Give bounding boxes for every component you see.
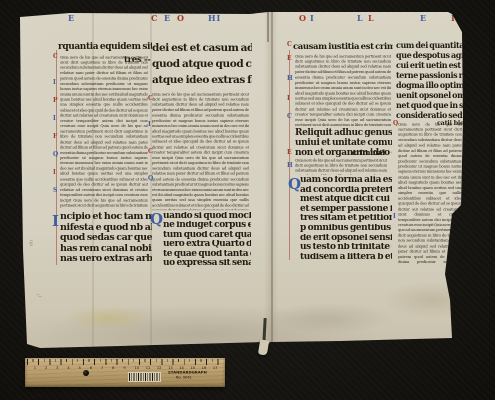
large-script-line: ncipio et hoc tam ma [60,212,152,223]
ruler-label: STANDARDGRAPH No. 9061 [168,370,234,379]
header-letter: I [310,13,315,23]
header-letter: L [368,13,375,23]
ruler-number: 1 [34,366,36,370]
top-seam [267,12,269,42]
large-script-line: dei est et casum ad alt [152,40,252,56]
large-script-line: uo expressa sit senatur [163,259,251,268]
large-script-line: uniui et unitate comune [295,138,392,148]
large-script-block: rquantia equidem situit [58,42,152,53]
large-script-line: nas uero extras arbitra [60,254,152,265]
header-letter: L [357,13,364,23]
large-script-line: uero extra Quarto de [163,240,251,249]
ruler-hanging-hole [83,370,89,376]
large-script-line: dogma illo optima [396,80,464,90]
gutter-fold-line [271,12,273,343]
large-script-line: ad concordia prefert caus [300,186,392,196]
initial-letter: P [53,98,58,104]
initial-letter: C [287,42,292,48]
ruler-number: 7 [101,366,103,370]
large-script-line: net quod que in subuel [396,100,464,110]
gloss-text-block: Quia uero de his que ad sacramentum pert… [152,92,249,210]
initial-letter: S [53,188,57,194]
header-letter: E [420,13,427,23]
large-script-line: uenit opsonel omnes [396,90,464,100]
header-letter: O [299,13,307,23]
initial-letter: I [393,214,396,220]
large-script-line: et semper passione incla [300,205,392,215]
large-script-block: uam so forma alia estad concordia prefer… [300,176,392,262]
gloss-text-block: Quia uero de his que ad sacramentum pert… [295,54,391,126]
large-script-line: que despotus agnoscet [396,50,464,60]
header-letter: II [451,13,460,23]
large-script-word: criminal [352,148,385,157]
ruler-number: 5 [79,366,81,370]
initial-letter: I [53,80,56,86]
header-letter: E [164,13,171,23]
large-script-line: Reliquit adhuc genus [295,128,392,138]
header-letter: HI [208,13,221,23]
initial-letter: E [287,56,292,62]
gloss-text-block: Quia uero de his que ad sacramentum pert… [60,55,148,208]
large-script-block: ncipio et hoc tam manifesta e quod nb al… [60,212,152,265]
initial-letter: Q [53,152,58,158]
header-letter: O [177,13,185,23]
margin-annotation: ııȷı [28,240,34,246]
large-script-line: us testo nb trinitate que [300,243,392,253]
ruler-number: 11 [146,366,151,370]
large-script-line: tres sitam et petitionem [300,214,392,224]
gloss-text-block: Quia uero de his que ad sacramentum pert… [398,122,462,265]
initial-letter: I [148,122,151,128]
measuring-ruler: 1234567891011121314151617 STANDARDGRAPH … [25,358,225,387]
ruler-barcode [128,372,161,382]
large-script-line: de erit opsonel sensibi [300,234,392,244]
large-script-line: quod atque quod canal [152,56,252,72]
large-script-line: nifesta e quod nb alias q̄ [60,223,152,234]
large-script-line: te quae quod tanta est [163,250,251,259]
large-script-line: mest atque dicit cui [300,195,392,205]
ruler-cm-ticks [27,359,223,365]
initial-letter: H [287,76,293,82]
initial-letter: I [287,96,290,102]
initial-letter: I [53,170,56,176]
large-script-block: dei est et casum ad altquod atque quod c… [152,40,252,88]
large-script-line: ne induget corpus expi [163,221,251,230]
large-script-line: tudisem a littera b et [300,253,392,263]
manuscript-photo: ııȷı ᷓ~ ECEOHIOILLEIICIPIFQISIrquantia e… [0,0,495,400]
large-initial-letter: Q [150,210,163,228]
ruler-number: 6 [90,366,92,370]
ruler-number: 3 [56,366,58,370]
initial-letter: I [53,116,56,122]
ruler-number: 4 [67,366,69,370]
ruler-number: 10 [135,366,140,370]
ruler-number: 12 [157,366,162,370]
large-script-line: cum dei quantitatem e [396,40,464,50]
large-script-line: has rem canal nobis a [60,244,152,255]
initial-letter: H [287,163,293,169]
margin-annotation: ᷓ~ [38,294,42,300]
large-script-line: atque ideo extras factas [152,72,252,88]
parchment-leaf: ııȷı ᷓ~ ECEOHIOILLEIICIPIFQISIrquantia e… [0,0,495,400]
ruler-number: 8 [112,366,114,370]
initial-letter: C [53,54,58,60]
initial-letter: F [53,134,57,140]
large-script-block: uando si quod mochne induget corpus expi… [163,212,251,268]
large-script-block: cum dei quantitatem eque despotus agnosc… [396,40,464,120]
ruler-model-text: No. 9061 [176,375,234,379]
large-script-line: causam iustitia est criminal [293,42,393,52]
large-script-line: cui erit uetin est sem [396,60,464,70]
large-script-line: tum quod caret quae [163,231,251,240]
large-script-line: uando si quod moch [163,212,251,221]
large-script-line: rquantia equidem situit [58,42,152,53]
ruler-number: 2 [45,366,47,370]
large-script-line: p omnibus gentibus etiam [300,224,392,234]
large-script-line: uam so forma alia est [300,176,392,186]
initial-letter: E [287,150,292,156]
header-letter: C [151,13,158,23]
large-script-line: quod sedas car que extra [60,233,152,244]
gloss-text-block: Quia uero de his que ad sacramentum pert… [295,158,387,175]
large-initial-letter: I [52,212,59,230]
large-script-line: terne passionis recte [396,70,464,80]
ruler-brand-text: STANDARDGRAPH [168,370,234,374]
ruler-number: 9 [123,366,125,370]
initial-letter: C [287,114,292,120]
large-script-block: causam iustitia est criminal [293,42,393,52]
header-letter: E [68,13,75,23]
torn-parchment-flap [258,339,269,355]
